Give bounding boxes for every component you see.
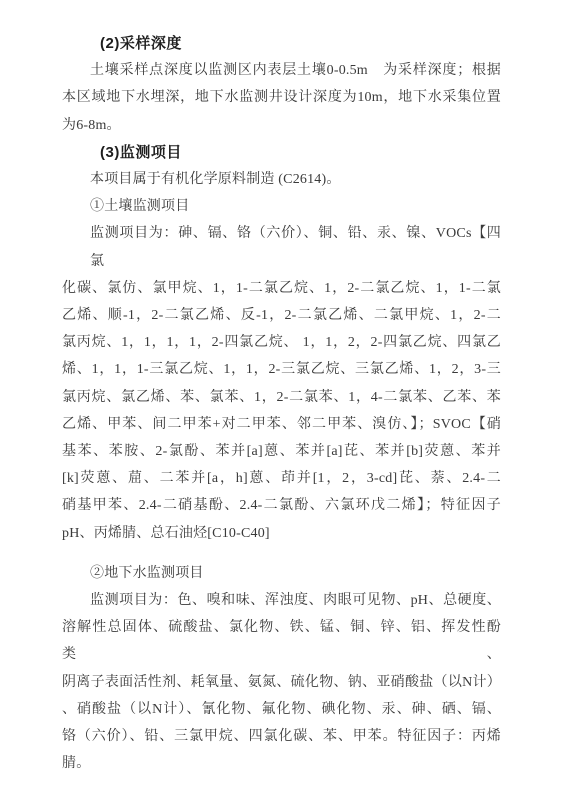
text-line: 乙烯、顺-1，2-二氯乙烯、反-1，2-二氯乙烯、二氯甲烷、1，2-二 xyxy=(62,302,501,329)
text-line: [k]荧蒽、䓛、二苯并[a，h]蒽、茚并[1，2，3-cd]芘、萘、2.4-二 xyxy=(62,465,501,492)
text-line: 氯丙烷、1，1，1，1，2-四氯乙烷、 1，1，2，2-四氯乙烷、四氯乙 xyxy=(62,329,501,356)
text-line: ①土壤监测项目 xyxy=(62,193,501,220)
text-line: 硝基甲苯、2.4-二硝基酚、2.4-二氯酚、六氯环戊二烯】；特征因子 xyxy=(62,492,501,519)
section-heading: (3)监测项目 xyxy=(62,139,501,166)
section-heading: (2)采样深度 xyxy=(62,30,501,57)
text-line: 、硝酸盐（以N计）、氰化物、氟化物、碘化物、汞、砷、硒、镉、 xyxy=(62,696,501,723)
text-line: 化碳、氯仿、氯甲烷、1，1-二氯乙烷、1，2-二氯乙烷、1，1-二氯 xyxy=(62,275,501,302)
text-line: 土壤采样点深度以监测区内表层土壤0-0.5m 为采样深度；根据 xyxy=(62,57,501,84)
text-line: 为6-8m。 xyxy=(62,112,501,139)
document-body: (2)采样深度土壤采样点深度以监测区内表层土壤0-0.5m 为采样深度；根据本区… xyxy=(62,30,501,777)
text-line: 阴离子表面活性剂、耗氧量、氨氮、硫化物、钠、亚硝酸盐（以N计） xyxy=(62,669,501,696)
text-line: 监测项目为：色、嗅和味、浑浊度、肉眼可见物、pH、总硬度、 xyxy=(62,587,501,614)
text-line: 铬（六价）、铅、三氯甲烷、四氯化碳、苯、甲苯。特征因子：丙烯 xyxy=(62,723,501,750)
text-line: pH、丙烯腈、总石油烃[C10-C40] xyxy=(62,520,501,547)
text-line: 本区域地下水埋深，地下水监测井设计深度为10m，地下水采集位置 xyxy=(62,84,501,111)
text-line: 监测项目为：砷、镉、铬（六价）、铜、铅、汞、镍、VOCs【四氯 xyxy=(62,220,501,274)
text-line: 烯、1，1，1-三氯乙烷、1，1，2-三氯乙烷、三氯乙烯、1，2，3-三 xyxy=(62,356,501,383)
text-line: 本项目属于有机化学原料制造 (C2614)。 xyxy=(62,166,501,193)
text-line: ②地下水监测项目 xyxy=(62,560,501,587)
text-line: 基苯、苯胺、2-氯酚、苯并[a]蒽、苯并[a]芘、苯并[b]荧蒽、苯并 xyxy=(62,438,501,465)
text-line: 腈。 xyxy=(62,750,501,777)
document-page: (2)采样深度土壤采样点深度以监测区内表层土壤0-0.5m 为采样深度；根据本区… xyxy=(0,0,563,792)
text-line: 溶解性总固体、硫酸盐、氯化物、铁、锰、铜、锌、铝、挥发性酚类、 xyxy=(62,614,501,668)
text-line: 氯丙烷、氯乙烯、苯、氯苯、1，2-二氯苯、1，4-二氯苯、乙苯、苯 xyxy=(62,384,501,411)
text-line: 乙烯、甲苯、间二甲苯+对二甲苯、邻二甲苯、溴仿、】；SVOC【硝 xyxy=(62,411,501,438)
